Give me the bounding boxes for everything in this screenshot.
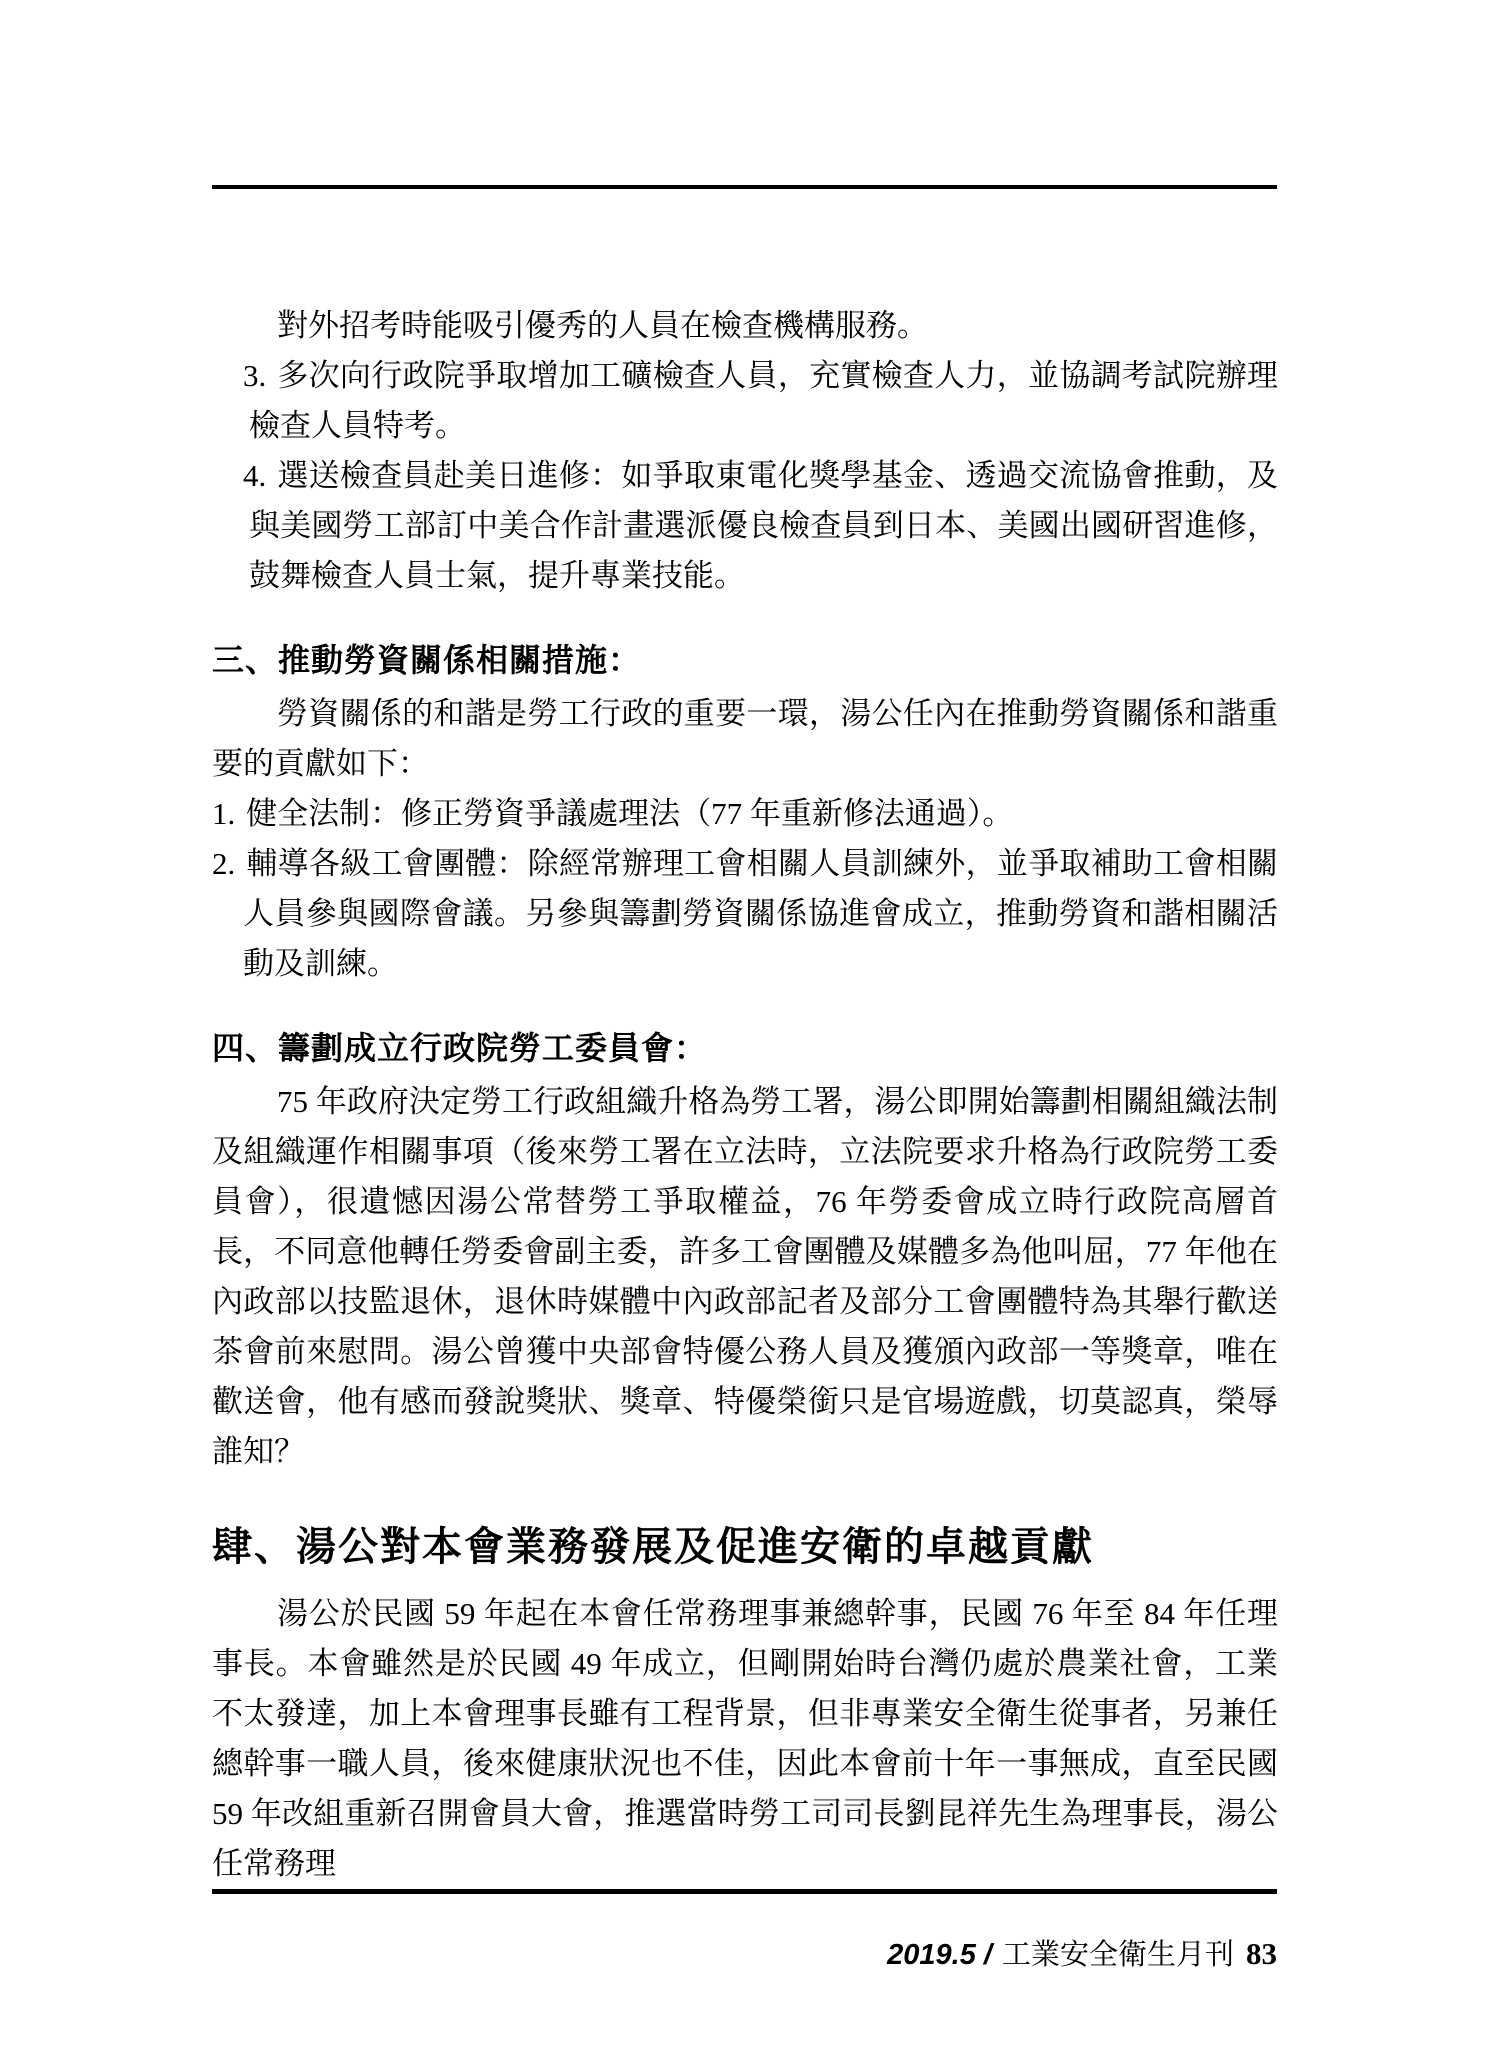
list-item-text: 健全法制：修正勞資爭議處理法（77 年重新修法通過）。 [246,796,1013,831]
footer-rule [212,1889,1277,1894]
list-item-continuation: 對外招考時能吸引優秀的人員在檢查機構服務。 [277,301,1278,351]
list-item: 3.多次向行政院爭取增加工礦檢查人員，充實檢查人力，並協調考試院辦理檢查人員特考… [212,351,1278,451]
footer-page-number: 83 [1246,1936,1277,1971]
footer-issue-date: 2019.5 / [887,1939,992,1971]
list-item-number: 1. [212,796,235,831]
section-heading-4: 四、籌劃成立行政院勞工委員會： [212,1025,1278,1071]
page-footer: 2019.5 /工業安全衛生月刊83 [212,1932,1277,1977]
section-4-body: 75 年政府決定勞工行政組織升格為勞工署，湯公即開始籌劃相關組織法制及組織運作相… [212,1077,1278,1477]
list-item-text: 輔導各級工會團體：除經常辦理工會相關人員訓練外，並爭取補助工會相關人員參與國際會… [243,846,1278,981]
document-page: 對外招考時能吸引優秀的人員在檢查機構服務。 3.多次向行政院爭取增加工礦檢查人員… [0,0,1498,2048]
list-item: 2.輔導各級工會團體：除經常辦理工會相關人員訓練外，並爭取補助工會相關人員參與國… [212,839,1278,989]
list-item: 4.選送檢查員赴美日進修：如爭取東電化獎學基金、透過交流協會推動，及與美國勞工部… [212,451,1278,601]
chapter-si-body: 湯公於民國 59 年起在本會任常務理事兼總幹事，民國 76 年至 84 年任理事… [212,1589,1278,1889]
page-content: 對外招考時能吸引優秀的人員在檢查機構服務。 3.多次向行政院爭取增加工礦檢查人員… [212,189,1278,1889]
list-item-text: 多次向行政院爭取增加工礦檢查人員，充實檢查人力，並協調考試院辦理檢查人員特考。 [249,358,1278,443]
chapter-heading-si: 肆、湯公對本會業務發展及促進安衛的卓越貢獻 [212,1521,1278,1573]
footer-journal-name: 工業安全衛生月刊 [1002,1939,1234,1971]
list-item-number: 4. [243,458,266,493]
list-item-number: 3. [243,358,266,393]
section-3-intro: 勞資關係的和諧是勞工行政的重要一環，湯公任內在推動勞資關係和諧重要的貢獻如下： [212,689,1278,789]
list-item-number: 2. [212,846,235,881]
list-item: 1.健全法制：修正勞資爭議處理法（77 年重新修法通過）。 [212,789,1278,839]
section-heading-3: 三、推動勞資關係相關措施： [212,637,1278,683]
list-item-text: 選送檢查員赴美日進修：如爭取東電化獎學基金、透過交流協會推動，及與美國勞工部訂中… [249,458,1278,593]
